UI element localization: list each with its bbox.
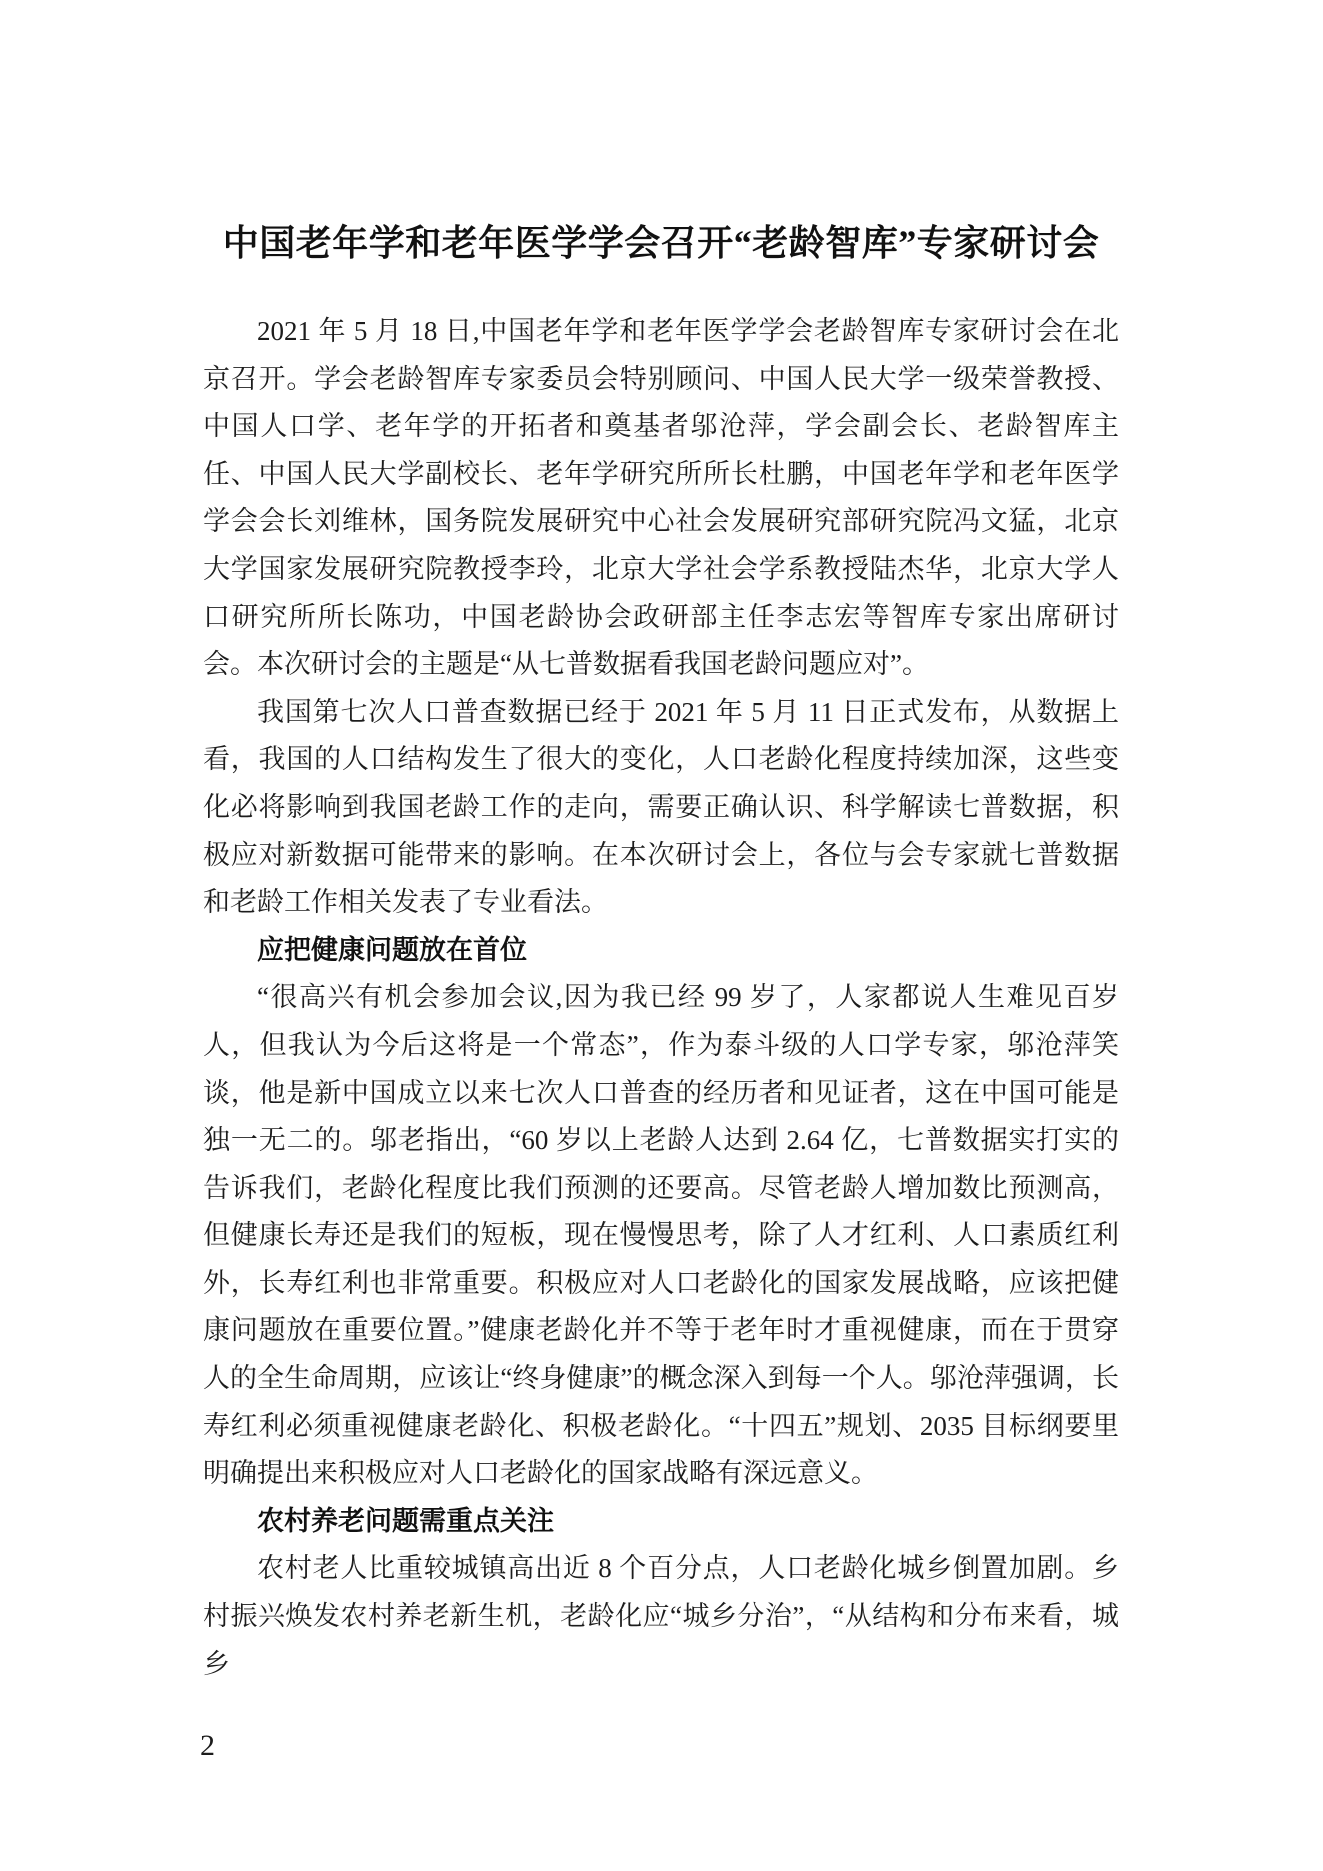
document-page: 中国老年学和老年医学学会召开“老龄智库”专家研讨会 2021 年 5 月 18 … [0,0,1323,1871]
page-number: 2 [200,1724,215,1768]
document-title: 中国老年学和老年医学学会召开“老龄智库”专家研讨会 [203,216,1119,270]
paragraph-health-first: “很高兴有机会参加会议,因为我已经 99 岁了，人家都说人生难见百岁人，但我认为… [203,974,1119,1498]
section-heading-health-first: 应把健康问题放在首位 [203,927,1119,975]
paragraph-intro: 2021 年 5 月 18 日,中国老年学和老年医学学会老龄智库专家研讨会在北京… [203,308,1119,689]
paragraph-census-data: 我国第七次人口普查数据已经于 2021 年 5 月 11 日正式发布，从数据上看… [203,689,1119,927]
document-content: 中国老年学和老年医学学会召开“老龄智库”专家研讨会 2021 年 5 月 18 … [203,216,1119,1688]
paragraph-rural-eldercare: 农村老人比重较城镇高出近 8 个百分点，人口老龄化城乡倒置加剧。乡村振兴焕发农村… [203,1545,1119,1688]
section-heading-rural-eldercare: 农村养老问题需重点关注 [203,1498,1119,1546]
